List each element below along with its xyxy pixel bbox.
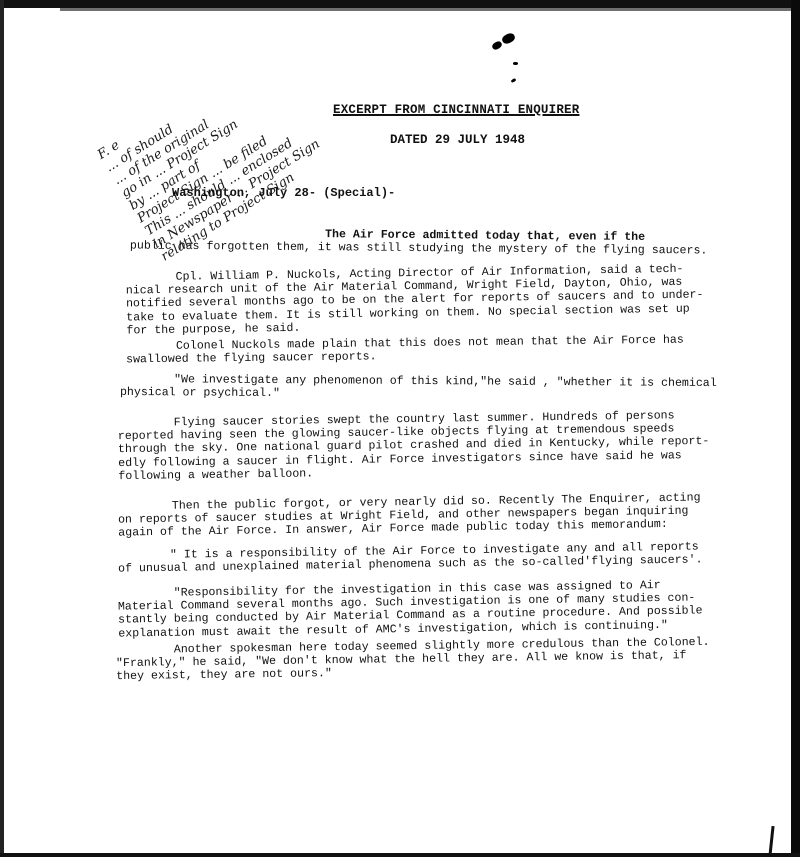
paragraph: Flying saucer stories swept the country … <box>118 409 710 483</box>
ink-blot <box>501 32 517 46</box>
paragraph: "Responsibility for the investigation in… <box>118 578 703 640</box>
pen-mark <box>768 826 774 856</box>
paragraph: Colonel Nuckols made plain that this doe… <box>126 334 684 367</box>
paragraph: Then the public forgot, or very nearly d… <box>118 491 701 540</box>
document-date: DATED 29 JULY 1948 <box>390 133 525 147</box>
dateline: Washington, July 28- (Special)- <box>172 186 395 200</box>
ink-blot <box>491 40 503 51</box>
ink-blot <box>513 62 518 65</box>
ink-blot <box>511 78 517 83</box>
scan-border-top-shadow <box>60 8 800 11</box>
paragraph: "We investigate any phenomenon of this k… <box>120 373 717 404</box>
scan-border-right <box>791 0 800 857</box>
scan-border-top <box>0 0 800 8</box>
document-header: EXCERPT FROM CINCINNATI ENQUIRER DATED 2… <box>333 103 579 117</box>
scan-border-left <box>0 0 4 857</box>
paragraph: Cpl. William P. Nuckols, Acting Director… <box>126 262 704 337</box>
scan-border-bottom <box>0 853 800 857</box>
paragraph: " It is a responsibility of the Air Forc… <box>118 540 703 576</box>
paragraph: Another spokesman here today seemed slig… <box>116 636 710 684</box>
document-title: EXCERPT FROM CINCINNATI ENQUIRER <box>333 103 579 117</box>
paragraph: The Air Force admitted today that, even … <box>130 226 708 257</box>
